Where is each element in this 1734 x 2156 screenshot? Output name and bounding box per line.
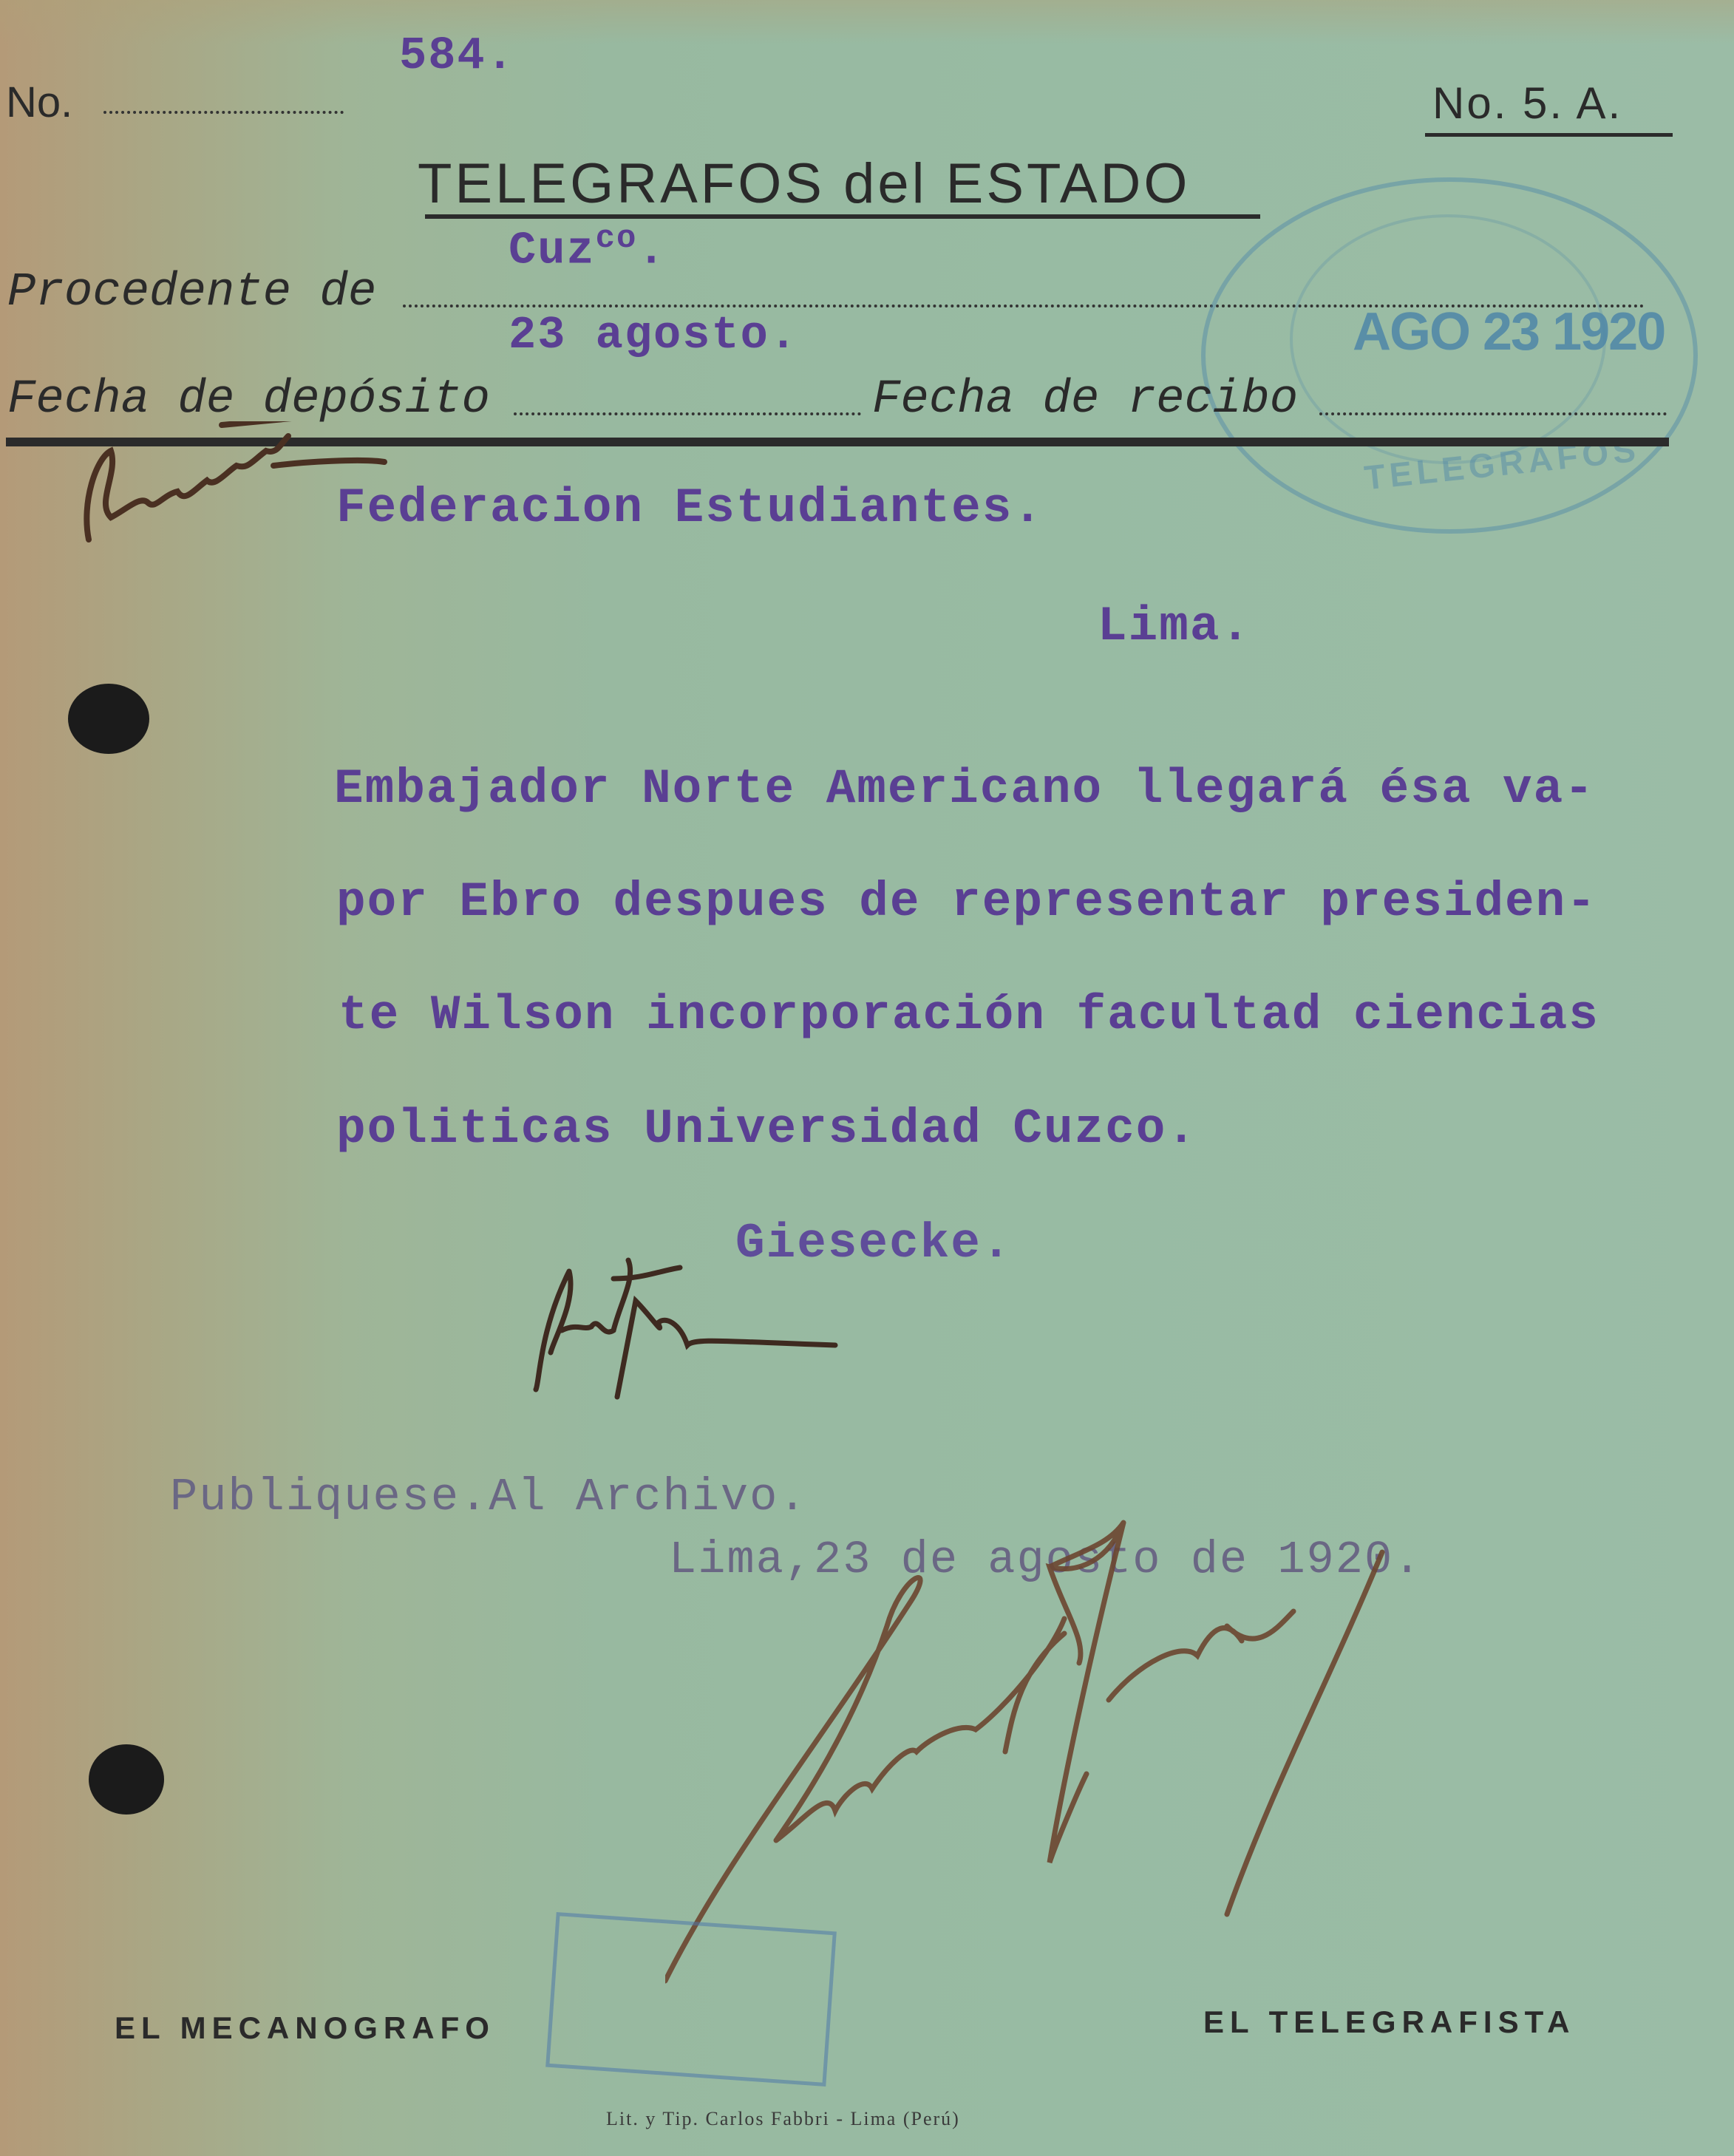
title-underline (425, 214, 1260, 219)
origin-value: Cuzco. (509, 220, 667, 277)
message-line-2: por Ebro despues de representar presiden… (336, 874, 1597, 930)
form-title: TELEGRAFOS del ESTADO (418, 152, 1191, 216)
postmark-date: AGO 23 1920 (1353, 302, 1665, 362)
addressee: Federacion Estudiantes. (336, 480, 1044, 536)
number-label: No. (6, 78, 72, 127)
rectangular-stamp (545, 1912, 837, 2087)
rector-handwriting-icon (532, 1256, 857, 1404)
number-value: 584. (399, 30, 515, 82)
message-line-3: te Wilson incorporación facultad ciencia… (339, 987, 1599, 1043)
origin-label: Procedente de (7, 266, 376, 319)
form-code: No. 5. A. (1432, 78, 1622, 129)
receipt-dotted-line (1319, 412, 1667, 415)
origin-superscript: co (596, 220, 638, 257)
typist-label: EL MECANOGRAFO (115, 2010, 495, 2046)
form-code-underline (1425, 133, 1673, 137)
receipt-label: Fecha de recibo (872, 373, 1298, 426)
number-dotted-line (103, 111, 344, 114)
punch-hole-top (68, 684, 149, 754)
deposit-dotted-line (514, 412, 861, 415)
deposit-value: 23 agosto. (509, 309, 798, 361)
deposit-label: Fecha de depósito (7, 373, 490, 426)
printer-imprint: Lit. y Tip. Carlos Fabbri - Lima (Perú) (606, 2108, 960, 2130)
origin-dot: . (637, 225, 666, 277)
addressee-city: Lima. (1098, 599, 1251, 654)
telegraphist-label: EL TELEGRAFISTA (1203, 2004, 1575, 2040)
punch-hole-bottom (89, 1744, 164, 1815)
origin-main: Cuz (509, 225, 596, 277)
paper-aging-tint (0, 0, 1734, 44)
official-signature-icon (665, 1493, 1685, 1996)
message-line-1: Embajador Norte Americano llegará ésa va… (334, 761, 1595, 817)
message-line-4: politicas Universidad Cuzco. (336, 1101, 1197, 1157)
